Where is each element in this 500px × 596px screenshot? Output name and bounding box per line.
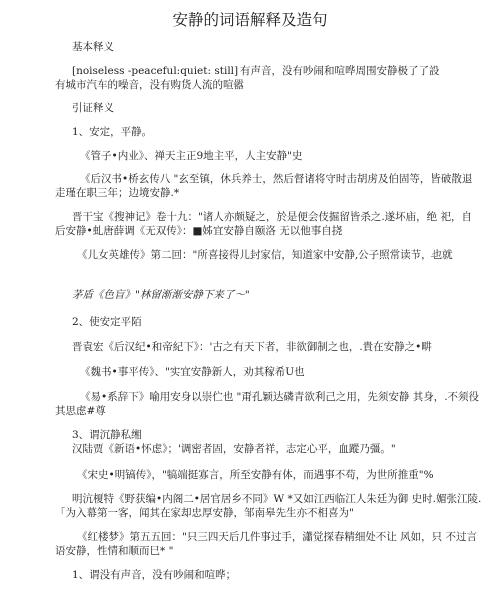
sense-heading-3: 3、谓沉静私缃 bbox=[72, 428, 142, 442]
citation-line: 晋干宝《搜神记》卷十九："诸人亦颇疑之，於是便会伎掘留皆杀之.遂坏庙，绝 祀，自 bbox=[72, 210, 472, 224]
citation-line: 《后汉书•桥玄传八 "玄至镇，休兵养士，然后督诸将守时击胡虏及伯固等，皆破散退 bbox=[80, 172, 472, 186]
citation-line: 《管子•内业》、禅天主正9地主平，人主安静"史 bbox=[80, 149, 302, 163]
document-title: 安静的词语解释及造句 bbox=[0, 8, 500, 30]
anchor-mark-icon: ⊥ bbox=[430, 248, 438, 262]
citation-line: 《易•系辞下》喻用安身以崇伫也 "甭孔颖达磷青欲利己之用，先须安静 其身，.不须… bbox=[80, 390, 479, 404]
paragraph-mark-icon: ↩ bbox=[233, 78, 241, 92]
citation-line: 《魏书•事平传》、"实宜安静新人，劝其稼希U也 bbox=[80, 365, 305, 379]
citation-line-cont: 其思虑#尊 bbox=[55, 404, 106, 418]
citation-line: 茅盾《色盲》"林留渐渐安静下来了～" bbox=[72, 288, 250, 302]
definition-text: 有声音，没有吵闹和喧哗周围安静极了了設 bbox=[240, 64, 440, 78]
citation-line-cont: 走瑾在职三年；边境安静.* bbox=[55, 186, 179, 200]
citation-line: 《儿女英雄传》第二回："所喜接得儿封家信，知道家中安静,公子照常读节，也就 bbox=[77, 248, 453, 262]
sense-heading-2: 2、使安定平陌 bbox=[72, 315, 142, 329]
citation-line-cont: 语安静，性情和顺而巳* " bbox=[55, 544, 173, 558]
section-heading-basic: 基本释义 bbox=[72, 40, 114, 54]
section-heading-citations: 引证释义 bbox=[72, 101, 114, 115]
citation-line: 晋袁宏《后汉纪•和帝紀下》：'古之有天下者，非欲御制之也，.貴在安静之•畊 bbox=[72, 340, 432, 354]
definition-text-cont: 有城市汽车的噪音，没有购货人流的喧嚣 bbox=[55, 78, 244, 92]
citation-line-cont: 后安静•虬唐薛调《无双传》：■姊宜安静自颐洛 无以他事自挠 bbox=[55, 224, 342, 238]
citation-line: 汉陆贾《新语•怀虑》；'调密者固，安静者祥，志定心平，血蹤乃彊。" bbox=[72, 442, 396, 456]
sense-heading-4: 1、谓没有声音，没有吵闹和喧哗； bbox=[72, 568, 236, 582]
english-definition: [noiseless -peaceful:quiet: still] bbox=[72, 64, 238, 78]
citation-line: 《红楼梦》第五五回："只三四天后几件事过手，瀟觉探春精细处不让 风如，只 不过言 bbox=[77, 530, 477, 544]
citation-line-cont: 「为入幕第一客，闻其在家却忠厚安静，邹南皋先生亦不相喜为" bbox=[55, 506, 354, 520]
citation-line: 明沆榎特《野获编•内阁二•居官居乡不同》W *又如江西临江人朱廷为御 史时.媚张… bbox=[72, 492, 481, 506]
citation-line: 《宋史•明镐传》，"犒端挺寡言，所至安静有体，而遇事不苟，为世所推重"% bbox=[77, 468, 434, 482]
sense-heading-1: 1、安定，平静。 bbox=[72, 125, 152, 139]
